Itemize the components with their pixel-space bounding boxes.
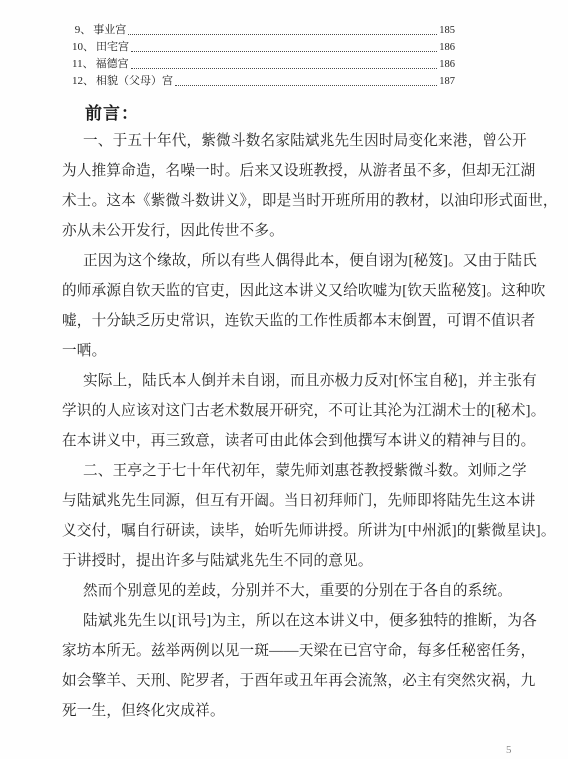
- body-line: 然而个别意见的差歧，分别并不大，重要的分别在于各自的系统。: [62, 576, 540, 606]
- body-line: 学识的人应该对这门古老术数展开研究，不可让其沦为江湖术士的[秘术]。: [62, 396, 540, 426]
- toc-entry: 10、 田宅宫 186: [72, 38, 455, 55]
- body-line: 陆斌兆先生以[讯号]为主，所以在这本讲义中，便多独特的推断，为各: [62, 606, 540, 636]
- toc-entry: 11、 福德宫 186: [72, 55, 455, 72]
- toc-entry: 12、 相貌（父母）宫 187: [72, 72, 455, 89]
- paragraph: 陆斌兆先生以[讯号]为主，所以在这本讲义中，便多独特的推断，为各 家坊本所无。兹…: [62, 606, 540, 726]
- body-line: 实际上，陆氏本人倒并未自诩，而且亦极力反对[怀宝自秘]，并主张有: [62, 366, 540, 396]
- toc-entry: 9、 事业宫 185: [72, 21, 455, 38]
- body-line: 为人推算命造，名噪一时。后来又设班教授，从游者虽不多，但却无江湖: [62, 156, 540, 186]
- body-line: 术士。这本《紫微斗数讲义》，即是当时开班所用的教材，以油印形式面世，: [62, 186, 540, 216]
- paragraph: 一、于五十年代，紫微斗数名家陆斌兆先生因时局变化来港，曾公开 为人推算命造，名噪…: [62, 126, 540, 246]
- toc-entry-page: 186: [439, 40, 455, 55]
- toc-dot-leader: [131, 51, 437, 52]
- toc-entry-page: 185: [439, 23, 455, 38]
- body-line: 一、于五十年代，紫微斗数名家陆斌兆先生因时局变化来港，曾公开: [62, 126, 540, 156]
- toc-entry-number: 11、: [72, 57, 94, 72]
- toc-entry-title: 福德宫: [96, 57, 129, 72]
- body-line: 死一生，但终化灾成祥。: [62, 696, 540, 726]
- body-line: 于讲授时，提出许多与陆斌兆先生不同的意见。: [62, 546, 540, 576]
- paragraph: 实际上，陆氏本人倒并未自诩，而且亦极力反对[怀宝自秘]，并主张有 学识的人应该对…: [62, 366, 540, 456]
- paragraph: 正因为这个缘故，所以有些人偶得此本，便自诩为[秘笈]。又由于陆氏 的师承源自钦天…: [62, 246, 540, 366]
- toc-entry-page: 187: [439, 74, 455, 89]
- body-line: 与陆斌兆先生同源，但互有开阖。当日初拜师门，先师即将陆先生这本讲: [62, 486, 540, 516]
- body-line: 如会擎羊、天刑、陀罗者，于酉年或丑年再会流煞，必主有突然灾祸，九: [62, 666, 540, 696]
- toc-dot-leader: [128, 34, 437, 35]
- body-line: 在本讲义中，再三致意，读者可由此体会到他撰写本讲义的精神与目的。: [62, 426, 540, 456]
- body-line: 一哂。: [62, 336, 540, 366]
- toc-entry-title: 相貌（父母）宫: [96, 74, 173, 89]
- paragraph: 二、王亭之于七十年代初年，蒙先师刘惠苍教授紫微斗数。刘师之学 与陆斌兆先生同源，…: [62, 456, 540, 576]
- body-line: 二、王亭之于七十年代初年，蒙先师刘惠苍教授紫微斗数。刘师之学: [62, 456, 540, 486]
- body-line: 亦从未公开发行，因此传世不多。: [62, 216, 540, 246]
- body-line: 义交付，嘱自行研读，读毕，始听先师讲授。所讲为[中州派]的[紫微星诀]。: [62, 516, 540, 546]
- document-page: 9、 事业宫 185 10、 田宅宫 186 11、 福德宫 186 12、 相…: [0, 0, 568, 759]
- toc-entry-page: 186: [439, 57, 455, 72]
- body-line: 的师承源自钦天监的官吏，因此这本讲义又给吹嘘为[钦天监秘笈]。这种吹: [62, 276, 540, 306]
- body-line: 嘘，十分缺乏历史常识，连钦天监的工作性质都本末倒置，可谓不值识者: [62, 306, 540, 336]
- paragraph: 然而个别意见的差歧，分别并不大，重要的分别在于各自的系统。: [62, 576, 540, 606]
- body-text: 一、于五十年代，紫微斗数名家陆斌兆先生因时局变化来港，曾公开 为人推算命造，名噪…: [62, 126, 540, 726]
- preface-heading: 前言：: [85, 99, 139, 124]
- toc-entry-number: 10、: [72, 40, 94, 55]
- table-of-contents: 9、 事业宫 185 10、 田宅宫 186 11、 福德宫 186 12、 相…: [72, 21, 455, 89]
- toc-dot-leader: [175, 85, 437, 86]
- toc-dot-leader: [131, 68, 438, 69]
- toc-entry-title: 事业宫: [93, 23, 126, 38]
- toc-entry-title: 田宅宫: [96, 40, 129, 55]
- body-line: 家坊本所无。兹举两例以见一斑——天梁在已宫守命，每多任秘密任务，: [62, 636, 540, 666]
- page-number: 5: [506, 744, 512, 756]
- body-line: 正因为这个缘故，所以有些人偶得此本，便自诩为[秘笈]。又由于陆氏: [62, 246, 540, 276]
- toc-entry-number: 9、: [72, 23, 91, 38]
- toc-entry-number: 12、: [72, 74, 94, 89]
